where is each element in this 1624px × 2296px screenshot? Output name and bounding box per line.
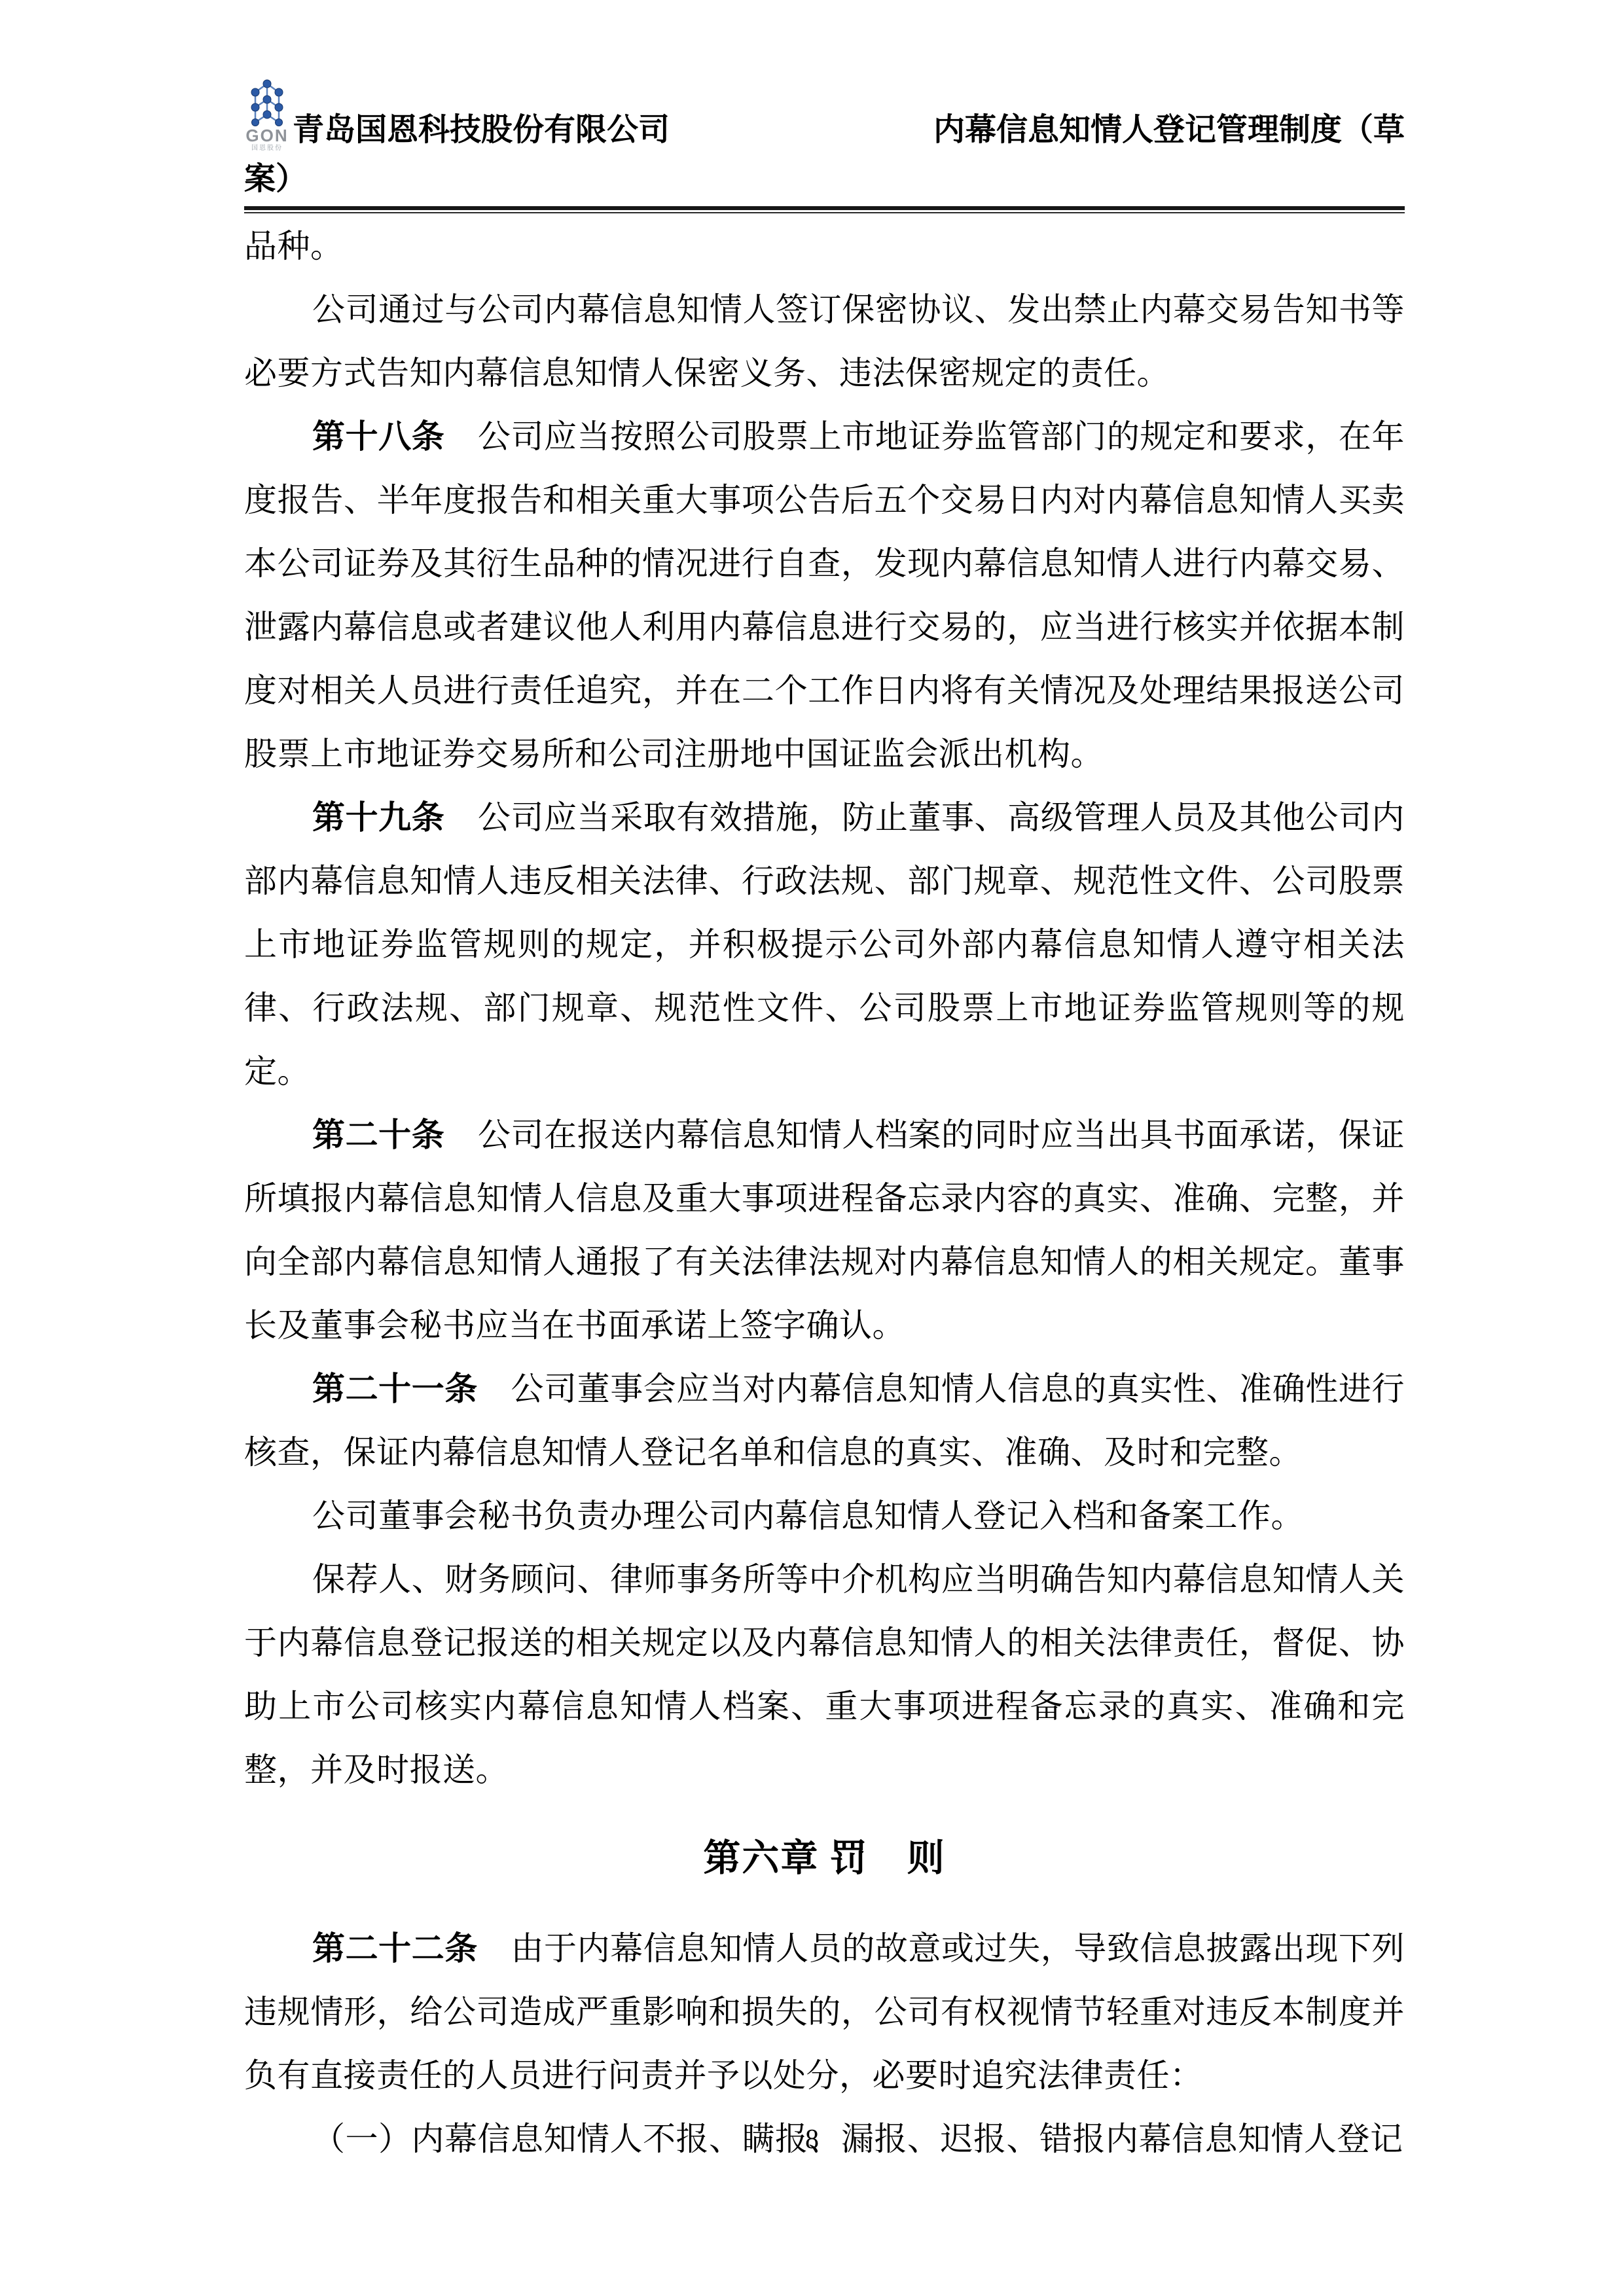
document-title-line1: 内幕信息知情人登记管理制度（草 [933, 113, 1405, 152]
paragraph: 品种。 [244, 215, 1405, 278]
page-content: GON 国恩股份 青岛国恩科技股份有限公司 内幕信息知情人登记管理制度（草 案）… [0, 0, 1624, 2171]
company-logo: GON 国恩股份 [244, 75, 290, 152]
paragraph-article-19: 第十九条 公司应当采取有效措施，防止董事、高级管理人员及其他公司内部内幕信息知情… [244, 786, 1405, 1103]
paragraph: 保荐人、财务顾问、律师事务所等中介机构应当明确告知内幕信息知情人关于内幕信息登记… [244, 1548, 1405, 1802]
gon-molecule-icon [249, 75, 285, 126]
paragraph-text: 公司应当采取有效措施，防止董事、高级管理人员及其他公司内部内幕信息知情人违反相关… [244, 799, 1405, 1090]
paragraph-article-18: 第十八条 公司应当按照公司股票上市地证券监管部门的规定和要求，在年度报告、半年度… [244, 405, 1405, 786]
paragraph-text: 公司董事会秘书负责办理公司内幕信息知情人登记入档和备案工作。 [312, 1498, 1304, 1534]
header-rule [244, 206, 1405, 213]
logo-caption-text: 国恩股份 [251, 145, 283, 152]
paragraph-text: 公司通过与公司内幕信息知情人签订保密协议、发出禁止内幕交易告知书等必要方式告知内… [244, 291, 1405, 391]
page-number-footer: 8 [0, 2124, 1624, 2155]
paragraph: 公司通过与公司内幕信息知情人签订保密协议、发出禁止内幕交易告知书等必要方式告知内… [244, 278, 1405, 405]
logo-brand-text: GON [245, 127, 288, 144]
paragraph-text: 品种。 [244, 228, 344, 264]
article-number: 第二十二条 [312, 1930, 478, 1967]
article-number: 第二十条 [312, 1117, 444, 1153]
article-number: 第十八条 [312, 418, 444, 455]
article-number: 第十九条 [312, 799, 444, 836]
page-header: GON 国恩股份 青岛国恩科技股份有限公司 内幕信息知情人登记管理制度（草 [244, 86, 1405, 152]
company-name: 青岛国恩科技股份有限公司 [293, 113, 670, 152]
document-title-line2: 案） [244, 162, 1405, 197]
document-body: 品种。 公司通过与公司内幕信息知情人签订保密协议、发出禁止内幕交易告知书等必要方… [244, 215, 1405, 2171]
document-page: GON 国恩股份 青岛国恩科技股份有限公司 内幕信息知情人登记管理制度（草 案）… [0, 0, 1624, 2296]
paragraph: 公司董事会秘书负责办理公司内幕信息知情人登记入档和备案工作。 [244, 1484, 1405, 1548]
header-rule-thin-line [244, 212, 1405, 213]
paragraph-article-22: 第二十二条 由于内幕信息知情人员的故意或过失，导致信息披露出现下列违规情形，给公… [244, 1917, 1405, 2108]
article-number: 第二十一条 [312, 1371, 478, 1407]
paragraph-text: 保荐人、财务顾问、律师事务所等中介机构应当明确告知内幕信息知情人关于内幕信息登记… [244, 1561, 1405, 1788]
paragraph-article-20: 第二十条 公司在报送内幕信息知情人档案的同时应当出具书面承诺，保证所填报内幕信息… [244, 1103, 1405, 1357]
section-heading-chapter-6: 第六章 罚 则 [244, 1829, 1405, 1888]
paragraph-article-21: 第二十一条 公司董事会应当对内幕信息知情人信息的真实性、准确性进行核查，保证内幕… [244, 1357, 1405, 1484]
paragraph-text: 公司应当按照公司股票上市地证券监管部门的规定和要求，在年度报告、半年度报告和相关… [244, 418, 1405, 772]
